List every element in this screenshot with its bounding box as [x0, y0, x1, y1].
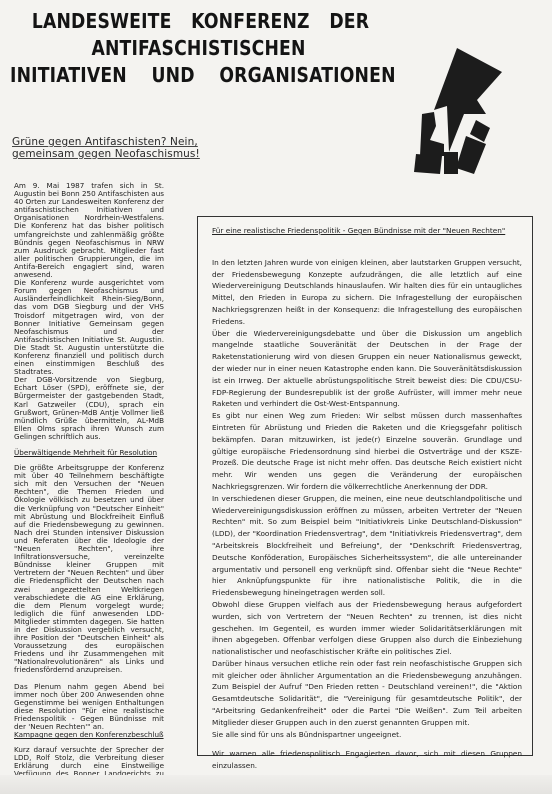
resolution-paragraph: Darüber hinaus versuchen etliche rein od… [212, 658, 522, 729]
page-bottom-edge [0, 775, 552, 794]
resolution-paragraph: Es gibt nur einen Weg zum Frieden: Wir s… [212, 410, 522, 493]
resolution-paragraph: In verschiedenen dieser Gruppen, die mei… [212, 493, 522, 599]
broken-arrow-icon [404, 48, 504, 178]
document-title: LANDESWEITE KONFERENZ DER ANTIFASCHISTIS… [10, 8, 312, 89]
resolution-box: Für eine realistische Friedenspolitik - … [197, 216, 533, 756]
section-heading-resolution: Überwältigende Mehrheit für Resolution [14, 449, 164, 457]
paragraph: Der DGB-Vorsitzende von Siegburg, Echart… [14, 376, 164, 441]
paragraph: Die größte Arbeitsgruppe der Konferenz m… [14, 464, 164, 674]
title-line-1: LANDESWEITE KONFERENZ DER [10, 8, 393, 35]
resolution-paragraph: Sie alle sind für uns als Bündnispartner… [212, 729, 522, 741]
paragraph: Die Konferenz wurde ausgerichtet vom For… [14, 279, 164, 376]
title-line-2: ANTIFASCHISTISCHEN [10, 35, 312, 62]
resolution-paragraph: In den letzten Jahren wurde von einigen … [212, 257, 522, 328]
resolution-paragraph: Obwohl diese Gruppen vielfach aus der Fr… [212, 599, 522, 658]
subtitle-headline: Grüne gegen Antifaschisten? Nein, gemein… [12, 136, 248, 160]
resolution-paragraph: Über die Wiedervereinigungsdebatte und ü… [212, 328, 522, 411]
paragraph: Am 9. Mai 1987 trafen sich in St. August… [14, 182, 164, 279]
resolution-heading: Für eine realistische Friedenspolitik - … [212, 225, 522, 237]
resolution-closing: Wir warnen alle friedenspolitisch Engagi… [212, 748, 522, 772]
section-heading-campaign: Kampagne gegen den Konferenzbeschluß [14, 731, 164, 739]
paragraph: Das Plenum nahm gegen Abend bei immer no… [14, 683, 164, 732]
left-column-article: Am 9. Mai 1987 trafen sich in St. August… [14, 182, 164, 794]
title-line-3: INITIATIVEN UND ORGANISATIONEN [10, 62, 371, 89]
